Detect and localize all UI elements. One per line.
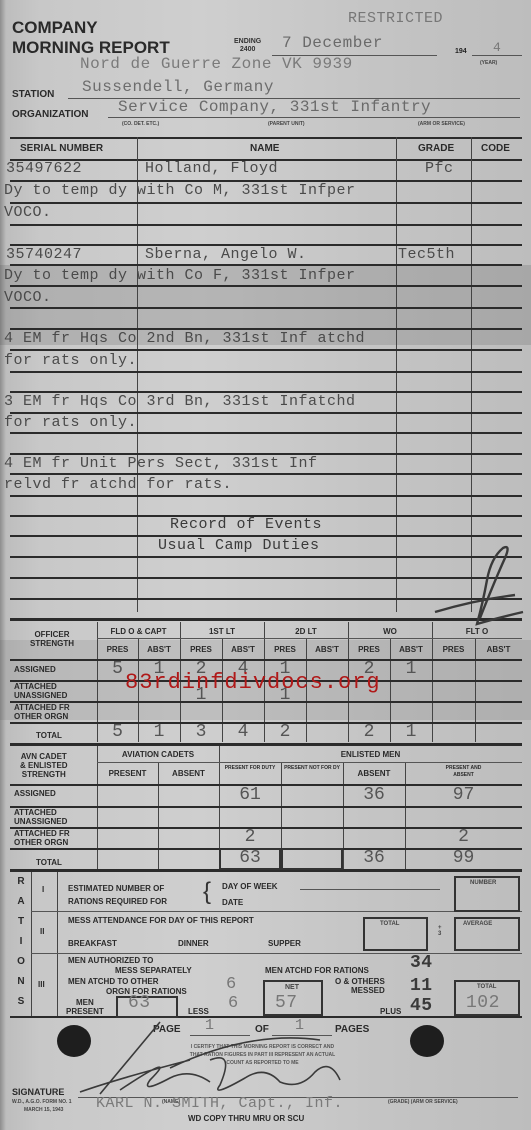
- day-of-week-label: DAY OF WEEK: [222, 882, 278, 891]
- date-label: DATE: [222, 898, 243, 907]
- col-divider: [31, 872, 32, 1016]
- soldier-grade: Pfc: [425, 160, 454, 177]
- subheader: ABS'T: [306, 645, 348, 654]
- subheader: PRES: [180, 645, 222, 654]
- plus-three-label: + 3: [438, 925, 446, 937]
- subheader: ABS'T: [138, 645, 180, 654]
- label-line: MEN: [66, 998, 104, 1007]
- rule: [10, 1016, 522, 1018]
- station-label: STATION: [12, 89, 54, 100]
- row-label-attached-unassigned: ATTACHED UNASSIGNED: [14, 682, 67, 700]
- cell: 97: [405, 785, 522, 805]
- men-present-value: 63: [128, 993, 151, 1013]
- row-label-line: ATTACHED FR: [14, 703, 70, 712]
- organization-underline: [108, 117, 520, 118]
- row-label-line: UNASSIGNED: [14, 817, 67, 826]
- row-label-line: ATTACHED: [14, 808, 67, 817]
- caption-co: (CO. DET. ETC.): [122, 121, 159, 127]
- label-line: ESTIMATED NUMBER OF: [68, 882, 167, 895]
- net-label: NET: [285, 984, 299, 991]
- grand-total-value: 102: [466, 993, 500, 1013]
- watermark-text: 83rdinfdivdocs.org: [125, 670, 381, 695]
- cell: 63: [219, 848, 281, 868]
- cell: 3: [180, 722, 222, 742]
- group-2d-lt: 2D LT: [264, 627, 348, 636]
- corner-label: STRENGTH: [30, 639, 74, 648]
- rule: [10, 743, 522, 746]
- cell: 36: [343, 785, 405, 805]
- letter: T: [14, 916, 28, 936]
- section-i: I: [42, 885, 44, 894]
- soldier-name: Sberna, Angelo W.: [145, 246, 307, 263]
- col-serial-number: SERIAL NUMBER: [20, 143, 103, 154]
- rule: [10, 307, 522, 309]
- note-line: relvd fr atchd for rats.: [4, 476, 232, 493]
- remark-line: VOCO.: [4, 289, 52, 306]
- serial-number: 35740247: [6, 246, 82, 263]
- soldier-name: Holland, Floyd: [145, 160, 278, 177]
- plus-label: PLUS: [380, 1007, 401, 1016]
- grand-total-label: TOTAL: [477, 984, 496, 990]
- total-label: TOTAL: [380, 921, 399, 927]
- rule: [10, 495, 522, 497]
- men-auth-label-2: MESS SEPARATELY: [115, 966, 192, 975]
- letter: R: [14, 876, 28, 896]
- note-line: 3 EM fr Hqs Co 3rd Bn, 331st Infatchd: [4, 393, 356, 410]
- rule: [10, 137, 522, 139]
- average-label: AVERAGE: [463, 921, 492, 927]
- form-title-line1: COMPANY: [12, 18, 98, 37]
- group-1st-lt: 1ST LT: [180, 627, 264, 636]
- breakfast-label: BREAKFAST: [68, 939, 117, 948]
- col-name: NAME: [250, 143, 279, 154]
- corner-label: & ENLISTED: [20, 761, 68, 770]
- o-others-label: O & OTHERS MESSED: [335, 977, 385, 995]
- caption-grade: (GRADE) (ARM OR SERVICE): [388, 1099, 458, 1105]
- handwritten-initial-mark: [425, 540, 525, 630]
- rule: [31, 953, 522, 954]
- subheader: PRES: [432, 645, 475, 654]
- group-aviation-cadets: AVIATION CADETS: [97, 750, 219, 759]
- row-label-assigned: ASSIGNED: [14, 789, 56, 798]
- cell: 61: [219, 785, 281, 805]
- binder-hole: [410, 1025, 444, 1057]
- col-grade: GRADE: [418, 143, 454, 154]
- men-atchd-for-rations-label: MEN ATCHD FOR RATIONS: [265, 966, 369, 975]
- row-label-attached-other: ATTACHED FR OTHER ORGN: [14, 703, 70, 721]
- caption-arm: (ARM OR SERVICE): [418, 121, 465, 127]
- note-line: for rats only.: [4, 352, 137, 369]
- organization-value: Service Company, 331st Infantry: [118, 98, 431, 116]
- label-line: RATIONS REQUIRED FOR: [68, 895, 167, 908]
- subheader: PRES: [264, 645, 306, 654]
- row-label-line: UNASSIGNED: [14, 691, 67, 700]
- row-label-line: OTHER ORGN: [14, 838, 70, 847]
- morning-report-page: COMPANY MORNING REPORT ENDING 2400 RESTR…: [0, 0, 531, 1130]
- cell: 2: [219, 827, 281, 847]
- letter: S: [14, 996, 28, 1016]
- label-line: PRESENT: [66, 1007, 104, 1016]
- group-enlisted-men: ENLISTED MEN: [219, 750, 522, 759]
- row-label-attached-other: ATTACHED FR OTHER ORGN: [14, 829, 70, 847]
- brace: {: [203, 878, 211, 906]
- label-line: MESSED: [335, 986, 385, 995]
- subheader: ABS'T: [222, 645, 264, 654]
- subheader: PRESENT AND ABSENT: [407, 765, 520, 779]
- organization-label: ORGANIZATION: [12, 109, 88, 120]
- rule: [10, 202, 522, 204]
- form-id-1: W.D., A.G.O. FORM NO. 1: [12, 1099, 72, 1105]
- group-fld-o-capt: FLD O & CAPT: [97, 627, 180, 636]
- row-label-line: ATTACHED FR: [14, 829, 70, 838]
- cell: 2: [264, 722, 306, 742]
- signature-label: SIGNATURE: [12, 1088, 64, 1097]
- rule: [31, 911, 522, 912]
- col-divider: [396, 137, 397, 612]
- serial-number: 35497622: [6, 160, 82, 177]
- row-label-line: OTHER ORGN: [14, 712, 70, 721]
- cell: 5: [97, 722, 138, 742]
- cell: 2: [348, 722, 390, 742]
- supper-label: SUPPER: [268, 939, 301, 948]
- rule: [10, 349, 522, 351]
- rule: [10, 285, 522, 287]
- col-divider: [432, 622, 433, 742]
- note-line: 4 EM fr Unit Pers Sect, 331st Inf: [4, 455, 318, 472]
- station-value: Sussendell, Germany: [82, 78, 274, 96]
- col-divider: [137, 137, 138, 612]
- year-prefix: 194: [455, 48, 467, 55]
- rule: [10, 473, 522, 475]
- letter: N: [14, 976, 28, 996]
- col-divider: [158, 762, 159, 869]
- row-label-attached-unassigned: ATTACHED UNASSIGNED: [14, 808, 67, 826]
- subheader: PRESENT NOT FOR DY: [283, 765, 341, 772]
- corner-label: AVN CADET: [20, 752, 68, 761]
- letter: A: [14, 896, 28, 916]
- corner-label: STRENGTH: [20, 770, 68, 779]
- row-label-assigned: ASSIGNED: [14, 665, 56, 674]
- year-underline: [472, 55, 522, 56]
- ending-label-1: ENDING: [234, 38, 261, 46]
- caption-year: (YEAR): [480, 60, 497, 66]
- subheader: ABS'T: [390, 645, 432, 654]
- rule: [97, 762, 522, 763]
- men-auth-label-1: MEN AUTHORIZED TO: [68, 956, 153, 965]
- corner-label: OFFICER: [30, 630, 74, 639]
- rule: [10, 264, 522, 266]
- remark-line: Dy to temp dy with Co F, 331st Infper: [4, 267, 356, 284]
- day-of-week-field[interactable]: [300, 889, 440, 890]
- men-atchd-other-value: 6: [226, 975, 237, 994]
- cell: 1: [138, 722, 180, 742]
- dinner-label: DINNER: [178, 939, 209, 948]
- number-label: NUMBER: [470, 880, 496, 886]
- cell: 1: [390, 722, 432, 742]
- subheader: PRESENT: [97, 769, 158, 778]
- copy-note: WD COPY THRU MRU OR SCU: [188, 1114, 304, 1123]
- total-box: [281, 848, 343, 870]
- less-value: 6: [228, 994, 239, 1013]
- label-line: O & OTHERS: [335, 977, 385, 986]
- remark-line: VOCO.: [4, 204, 52, 221]
- letter: O: [14, 956, 28, 976]
- row-label-total: TOTAL: [36, 731, 62, 740]
- cell: 99: [405, 848, 522, 868]
- plus-value: 45: [410, 996, 433, 1016]
- row-label-total: TOTAL: [36, 858, 62, 867]
- ending-label: ENDING 2400: [234, 38, 261, 54]
- restricted-stamp: RESTRICTED: [348, 10, 443, 27]
- officer-strength-corner: OFFICER STRENGTH: [30, 630, 74, 648]
- cell: 1: [390, 659, 432, 679]
- letter: I: [14, 936, 28, 956]
- report-date: 7 December: [282, 34, 383, 52]
- form-id-2: MARCH 15, 1943: [24, 1107, 63, 1113]
- group-wo: WO: [348, 627, 432, 636]
- section-iii: III: [38, 980, 45, 989]
- mess-attendance-label: MESS ATTENDANCE FOR DAY OF THIS REPORT: [68, 916, 254, 925]
- record-of-events-title: Record of Events: [170, 516, 322, 533]
- caption-parent-unit: (PARENT UNIT): [268, 121, 305, 127]
- col-divider: [57, 872, 58, 1016]
- soldier-grade: Tec5th: [398, 246, 455, 263]
- net-value: 57: [275, 993, 298, 1013]
- rule: [10, 806, 522, 808]
- subheader: PRES: [97, 645, 138, 654]
- note-line: for rats only.: [4, 414, 137, 431]
- subheader: ABSENT: [158, 769, 219, 778]
- record-of-events-text: Usual Camp Duties: [158, 537, 320, 554]
- enlisted-strength-corner: AVN CADET & ENLISTED STRENGTH: [20, 752, 68, 779]
- subheader: PRESENT FOR DUTY: [221, 765, 279, 772]
- cell: 2: [405, 827, 522, 847]
- group-flt-o: FLT O: [432, 627, 522, 636]
- signer-typed-name: KARL N. SMITH, Capt., Inf.: [96, 1095, 343, 1112]
- less-label: LESS: [188, 1007, 209, 1016]
- ending-label-2: 2400: [234, 46, 261, 54]
- cell: 36: [343, 848, 405, 868]
- section-ii: II: [40, 927, 44, 936]
- men-atchd-for-rations-value: 34: [410, 953, 433, 973]
- men-atchd-other-label-1: MEN ATCHD TO OTHER: [68, 977, 159, 986]
- rations-vertical-label: R A T I O N S: [14, 876, 28, 1016]
- remark-line: Dy to temp dy with Co M, 331st Infper: [4, 182, 356, 199]
- subheader: ABS'T: [475, 645, 522, 654]
- estimated-rations-label: ESTIMATED NUMBER OF RATIONS REQUIRED FOR: [68, 882, 167, 908]
- signature-scrawl[interactable]: [60, 1020, 380, 1100]
- rule: [10, 371, 522, 373]
- o-others-value: 11: [410, 976, 433, 996]
- location-line: Nord de Guerre Zone VK 9939: [80, 55, 353, 73]
- subheader: PRES: [348, 645, 390, 654]
- rule: [10, 432, 522, 434]
- cell: 4: [222, 722, 264, 742]
- rule: [10, 224, 522, 226]
- year-suffix: 4: [493, 40, 501, 55]
- note-line: 4 EM fr Hqs Co 2nd Bn, 331st Inf atchd: [4, 330, 365, 347]
- rule: [97, 638, 522, 639]
- col-code: CODE: [481, 143, 510, 154]
- men-present-label: MEN PRESENT: [66, 998, 104, 1016]
- row-label-line: ATTACHED: [14, 682, 67, 691]
- subheader: ABSENT: [343, 769, 405, 778]
